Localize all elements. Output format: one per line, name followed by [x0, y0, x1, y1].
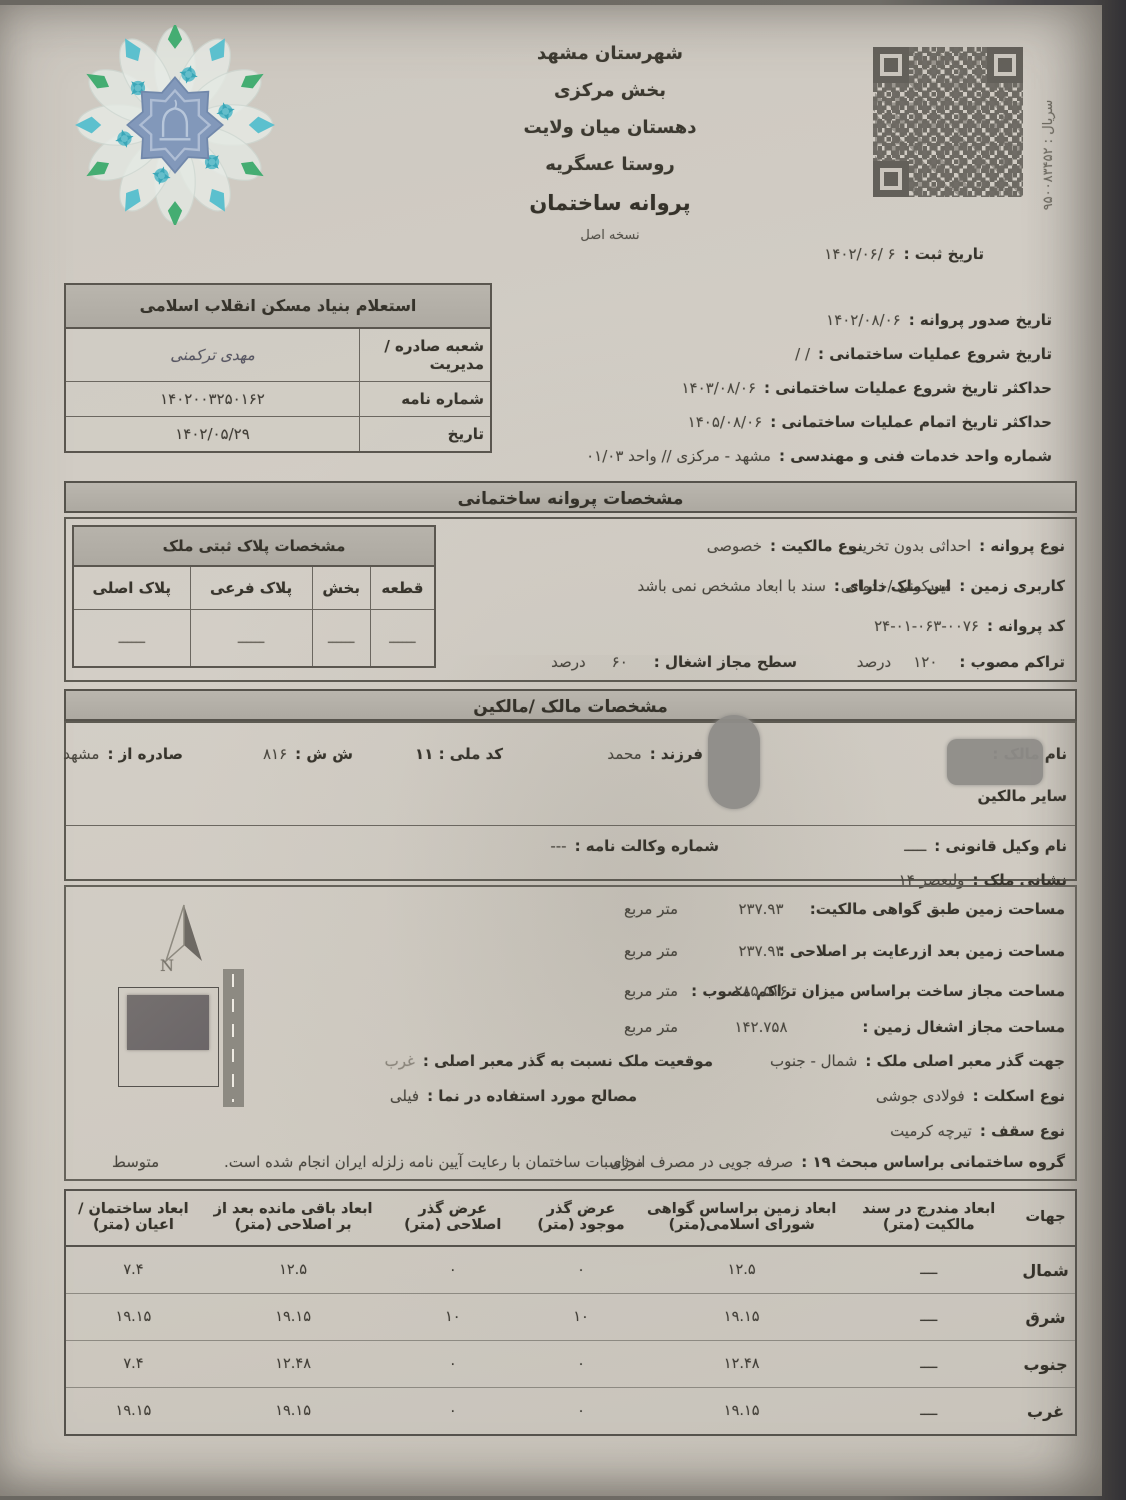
service-unit-row: شماره واحد خدمات فنی و مهندسی : مشهد - م…: [586, 447, 1052, 481]
area-buildable-value: ۲۸۵.۵۱۶: [711, 982, 811, 1000]
cell-value: ۰: [520, 1388, 642, 1436]
cell-value: ــــ: [841, 1341, 1016, 1388]
father-name-label: فرزند :: [650, 745, 703, 763]
max-start-date-value: ۱۴۰۳/۰۸/۰۶: [681, 379, 756, 397]
energy-group-wrap: متوسط: [112, 1153, 159, 1171]
cell-value: ۷.۴: [65, 1341, 201, 1388]
plate-sub-plate-value: ــــــ: [190, 610, 312, 667]
area-occupancy-label: مساحت مجاز اشغال زمین :: [862, 1018, 1065, 1036]
dims-col-council-dimensions: ابعاد زمین براساس گواهی شورای اسلامی(متر…: [642, 1190, 842, 1246]
skeleton-type-label: نوع اسکلت :: [973, 1087, 1065, 1105]
plate-col-main-plate: پلاک اصلی: [74, 567, 190, 610]
land-use-label: کاربری زمین :: [959, 577, 1065, 595]
energy-group-label: گروه ساختمانی براساس مبحث ۱۹ :: [801, 1153, 1065, 1171]
cell-value: ۱۹.۱۵: [642, 1294, 842, 1341]
housing-foundation-logo-icon: [56, 25, 294, 225]
inquiry-letter-number-value: ۱۴۰۲۰۰۳۲۵۰۱۶۲: [66, 382, 360, 417]
registration-date-row: تاریخ ثبت : ۱۴۰۲/۰۶/ ۶: [824, 245, 984, 263]
occupancy-unit: درصد: [551, 653, 586, 671]
service-unit-value: مشهد - مرکزی // واحد ۰۱/۰۳: [586, 447, 771, 465]
roof-type-label: نوع سقف :: [980, 1122, 1065, 1140]
cell-value: ۱۹.۱۵: [65, 1294, 201, 1341]
max-start-date-label: حداکثر تاریخ شروع عملیات ساختمانی :: [764, 379, 1052, 397]
divider: [66, 825, 1075, 826]
cell-value: ــــ: [841, 1294, 1016, 1341]
area-after-setback-label: مساحت زمین بعد ازرعایت بر اصلاحی :: [779, 942, 1065, 960]
document-header: شهرستان مشهد بخش مرکزی دهستان میان ولایت…: [330, 43, 890, 243]
roof-type-value: تیرچه کرمیت: [890, 1122, 972, 1140]
issue-date-value: ۱۴۰۲/۰۸/۰۶: [826, 311, 901, 329]
occupancy-value: ۶۰: [612, 653, 628, 671]
table-header-row: جهات ابعاد مندرج در سند مالکیت (متر) ابع…: [65, 1190, 1076, 1246]
ownership-type-label: نوع مالکیت :: [770, 537, 863, 555]
direction-label: غرب: [1016, 1388, 1076, 1436]
issued-at-value: مشهد: [63, 745, 99, 763]
area-occupancy-value: ۱۴۲.۷۵۸: [711, 1018, 811, 1036]
occupancy-row: سطح مجاز اشغال : ۶۰ درصد: [551, 653, 797, 671]
qr-finder-icon: [873, 161, 909, 197]
ownership-type-row: نوع مالکیت : خصوصی: [707, 537, 863, 555]
cell-value: ــــ: [841, 1246, 1016, 1294]
cell-value: ۱۹.۱۵: [201, 1294, 386, 1341]
serial-number: سریال : ۹۵۰۰۸۳۴۵۲: [1041, 55, 1063, 255]
start-date-row: تاریخ شروع عملیات ساختمانی : / /: [586, 345, 1052, 379]
passage-direction-value: شمال - جنوب: [770, 1052, 857, 1070]
inquiry-table-title: استعلام بنیاد مسکن انقلاب اسلامی: [66, 285, 490, 329]
registration-date-value: ۱۴۰۲/۰۶/ ۶: [824, 245, 895, 263]
direction-label: جنوب: [1016, 1341, 1076, 1388]
density-unit: درصد: [857, 653, 892, 671]
header-village: روستا عسگریه: [330, 154, 890, 175]
inquiry-date-label: تاریخ: [360, 417, 491, 452]
area-deed-value: ۲۳۷.۹۳: [711, 900, 811, 918]
owner-section-header: مشخصات مالک /مالکین: [64, 689, 1077, 721]
plot-boundary: [118, 987, 219, 1087]
dims-col-remaining-dimensions: ابعاد باقی مانده بعد از بر اصلاحی (متر): [201, 1190, 386, 1246]
inquiry-letter-number-label: شماره نامه: [360, 382, 491, 417]
passage-direction-label: جهت گذر معبر اصلی ملک :: [865, 1052, 1065, 1070]
cell-value: ۱۲.۴۸: [642, 1341, 842, 1388]
area-buildable-unit: متر مربع: [624, 982, 678, 1000]
table-row-west: غرب ــــ ۱۹.۱۵ ۰ ۰ ۱۹.۱۵ ۱۹.۱۵: [65, 1388, 1076, 1436]
housing-foundation-inquiry-table: استعلام بنیاد مسکن انقلاب اسلامی شعبه صا…: [64, 283, 492, 453]
plate-section-value: ــــــ: [312, 610, 370, 667]
dimensions-table: جهات ابعاد مندرج در سند مالکیت (متر) ابع…: [64, 1189, 1077, 1436]
property-position-row: موقعیت ملک نسبت به گذر معبر اصلی : غرب: [385, 1052, 713, 1070]
cell-value: ۱۹.۱۵: [65, 1388, 201, 1436]
issue-date-label: تاریخ صدور پروانه :: [909, 311, 1052, 329]
direction-label: شمال: [1016, 1246, 1076, 1294]
permit-code-row: کد پروانه : ۲۴-۰۱-۰۶۳-۰۰۷۶: [874, 617, 1065, 635]
inquiry-branch-label: شعبه صادره /مدیریت: [360, 329, 491, 382]
permit-type-row: نوع پروانه : احداثی بدون تخریب: [848, 537, 1065, 555]
table-row: شماره نامه ۱۴۰۲۰۰۳۲۵۰۱۶۲: [66, 382, 490, 417]
dims-col-existing-width: عرض گذر موجود (متر): [520, 1190, 642, 1246]
svg-text:N: N: [160, 956, 174, 975]
qr-code: [873, 47, 1023, 197]
dims-col-deed-dimensions: ابعاد مندرج در سند مالکیت (متر): [841, 1190, 1016, 1246]
cell-value: ۰: [385, 1246, 520, 1294]
property-position-label: موقعیت ملک نسبت به گذر معبر اصلی :: [423, 1052, 713, 1070]
table-row-north: شمال ــــ ۱۲.۵ ۰ ۰ ۱۲.۵ ۷.۴: [65, 1246, 1076, 1294]
plate-col-section: بخش: [312, 567, 370, 610]
max-finish-date-label: حداکثر تاریخ اتمام عملیات ساختمانی :: [770, 413, 1052, 431]
passage-direction-row: جهت گذر معبر اصلی ملک : شمال - جنوب: [770, 1052, 1065, 1070]
issued-at-label: صادره از :: [107, 745, 183, 763]
plate-table-title: مشخصات پلاک ثبتی ملک: [74, 527, 434, 567]
north-arrow-icon: N: [144, 899, 222, 979]
area-after-setback-unit: متر مربع: [624, 942, 678, 960]
density-value: ۱۲۰: [913, 653, 937, 671]
table-row: شعبه صادره /مدیریت مهدی ترکمنی: [66, 329, 490, 382]
cell-value: ۷.۴: [65, 1246, 201, 1294]
density-row: تراکم مصوب : ۱۲۰ درصد: [857, 653, 1065, 671]
lawyer-name-row: نام وکیل قانونی : ـــــ: [904, 837, 1067, 855]
facade-material-row: مصالح مورد استفاده در نما : فیلی: [390, 1087, 637, 1105]
area-deed-label: مساحت زمین طبق گواهی مالکیت:: [810, 900, 1065, 918]
energy-group-row: گروه ساختمانی براساس مبحث ۱۹ : صرفه جویی…: [610, 1153, 1065, 1171]
permit-section-header: مشخصات پروانه ساختمانی: [64, 481, 1077, 513]
header-rural-district: دهستان میان ولایت: [330, 117, 890, 138]
deed-label: این ملک دارای :: [834, 577, 951, 595]
permit-code-label: کد پروانه :: [987, 617, 1065, 635]
document-copy-type: نسخه اصل: [330, 228, 890, 243]
document-title: پروانه ساختمان: [330, 191, 890, 215]
cell-value: ۱۲.۴۸: [201, 1341, 386, 1388]
issued-at-row: صادره از : مشهد: [63, 745, 183, 763]
dims-col-directions: جهات: [1016, 1190, 1076, 1246]
direction-label: شرق: [1016, 1294, 1076, 1341]
service-unit-label: شماره واحد خدمات فنی و مهندسی :: [779, 447, 1052, 465]
areas-section-box: مساحت زمین طبق گواهی مالکیت: ۲۳۷.۹۳ متر …: [64, 885, 1077, 1181]
power-of-attorney-value: ---: [550, 837, 566, 855]
skeleton-type-row: نوع اسکلت : فولادی جوشی: [876, 1087, 1065, 1105]
cell-value: ۰: [385, 1388, 520, 1436]
dims-col-building-dimensions: ابعاد ساختمان / اعیان (متر): [65, 1190, 201, 1246]
start-date-value: / /: [795, 345, 810, 363]
lawyer-name-value: ـــــ: [904, 837, 926, 855]
inquiry-branch-value: مهدی ترکمنی: [66, 329, 360, 382]
redaction-national-id: [708, 715, 760, 809]
cell-value: ۰: [520, 1341, 642, 1388]
roof-type-row: نوع سقف : تیرچه کرمیت: [890, 1122, 1065, 1140]
density-label: تراکم مصوب :: [959, 653, 1065, 671]
plate-main-plate-value: ــــــ: [74, 610, 190, 667]
max-finish-date-row: حداکثر تاریخ اتمام عملیات ساختمانی : ۱۴۰…: [586, 413, 1052, 447]
plate-parcel-value: ــــــ: [370, 610, 434, 667]
dims-col-corrected-width: عرض گذر اصلاحی (متر): [385, 1190, 520, 1246]
qr-finder-icon: [987, 47, 1023, 83]
lawyer-name-label: نام وکیل قانونی :: [934, 837, 1067, 855]
skeleton-type-value: فولادی جوشی: [876, 1087, 965, 1105]
redaction-owner-name: [947, 739, 1043, 785]
deed-value: سند با ابعاد مشخص نمی باشد: [638, 577, 826, 595]
building-footprint: [127, 995, 209, 1050]
permit-dates-list: تاریخ صدور پروانه : ۱۴۰۲/۰۸/۰۶ تاریخ شرو…: [586, 311, 1052, 481]
cell-value: ۱۰: [520, 1294, 642, 1341]
ownership-type-value: خصوصی: [707, 537, 762, 555]
max-finish-date-value: ۱۴۰۵/۰۸/۰۶: [688, 413, 763, 431]
max-start-date-row: حداکثر تاریخ شروع عملیات ساختمانی : ۱۴۰۳…: [586, 379, 1052, 413]
plate-col-sub-plate: پلاک فرعی: [190, 567, 312, 610]
area-after-setback-value: ۲۳۷.۹۳: [711, 942, 811, 960]
power-of-attorney-row: شماره وکالت نامه : ---: [550, 837, 719, 855]
owner-section-box: نام مالک : فرزند : محمد کد ملی : ۱۱ ۰ ش …: [64, 721, 1077, 881]
certificate-number-row: ش ش : ۸۱۶: [263, 745, 353, 763]
registry-plate-table: مشخصات پلاک ثبتی ملک قطعه بخش پلاک فرعی …: [72, 525, 436, 668]
permit-code-value: ۲۴-۰۱-۰۶۳-۰۰۷۶: [874, 617, 979, 635]
power-of-attorney-label: شماره وکالت نامه :: [575, 837, 719, 855]
facade-material-label: مصالح مورد استفاده در نما :: [427, 1087, 637, 1105]
cell-value: ۱۰: [385, 1294, 520, 1341]
certificate-number-label: ش ش :: [295, 745, 353, 763]
seismic-code-note: محاسبات ساختمان با رعایت آیین نامه زلزله…: [224, 1153, 643, 1171]
permit-document: شهرستان مشهد بخش مرکزی دهستان میان ولایت…: [0, 5, 1102, 1496]
table-row-east: شرق ــــ ۱۹.۱۵ ۱۰ ۱۰ ۱۹.۱۵ ۱۹.۱۵: [65, 1294, 1076, 1341]
road-strip: [223, 969, 244, 1107]
permit-section-box: مشخصات پلاک ثبتی ملک قطعه بخش پلاک فرعی …: [64, 517, 1077, 682]
occupancy-label: سطح مجاز اشغال :: [654, 653, 797, 671]
father-name-value: محمد: [607, 745, 641, 763]
other-owners-label: سایر مالکین: [978, 787, 1067, 805]
qr-finder-icon: [873, 47, 909, 83]
area-occupancy-unit: متر مربع: [624, 1018, 678, 1036]
cell-value: ۱۲.۵: [201, 1246, 386, 1294]
cell-value: ۰: [385, 1341, 520, 1388]
cell-value: ــــ: [841, 1388, 1016, 1436]
issue-date-row: تاریخ صدور پروانه : ۱۴۰۲/۰۸/۰۶: [586, 311, 1052, 345]
table-row-south: جنوب ــــ ۱۲.۴۸ ۰ ۰ ۱۲.۴۸ ۷.۴: [65, 1341, 1076, 1388]
permit-type-label: نوع پروانه :: [979, 537, 1065, 555]
cell-value: ۱۹.۱۵: [642, 1388, 842, 1436]
table-row: قطعه بخش پلاک فرعی پلاک اصلی: [74, 567, 434, 610]
inquiry-date-value: ۱۴۰۲/۰۵/۲۹: [66, 417, 360, 452]
area-deed-unit: متر مربع: [624, 900, 678, 918]
start-date-label: تاریخ شروع عملیات ساختمانی :: [818, 345, 1052, 363]
certificate-number-value: ۸۱۶: [263, 745, 287, 763]
permit-type-value: احداثی بدون تخریب: [848, 537, 971, 555]
deed-row: این ملک دارای : سند با ابعاد مشخص نمی با…: [638, 577, 951, 595]
national-id-row: کد ملی : ۱۱ ۰: [335, 745, 503, 763]
property-position-value: غرب: [385, 1052, 415, 1070]
father-name-row: فرزند : محمد: [607, 745, 703, 763]
cell-value: ۱۹.۱۵: [201, 1388, 386, 1436]
plate-col-parcel: قطعه: [370, 567, 434, 610]
table-row: تاریخ ۱۴۰۲/۰۵/۲۹: [66, 417, 490, 452]
table-row: ــــــ ــــــ ــــــ ــــــ: [74, 610, 434, 667]
registration-date-label: تاریخ ثبت :: [904, 245, 984, 263]
cell-value: ۱۲.۵: [642, 1246, 842, 1294]
cell-value: ۰: [520, 1246, 642, 1294]
facade-material-value: فیلی: [390, 1087, 419, 1105]
header-district: بخش مرکزی: [330, 80, 890, 101]
national-id-label: کد ملی : ۱۱: [415, 745, 503, 763]
header-county: شهرستان مشهد: [330, 43, 890, 64]
